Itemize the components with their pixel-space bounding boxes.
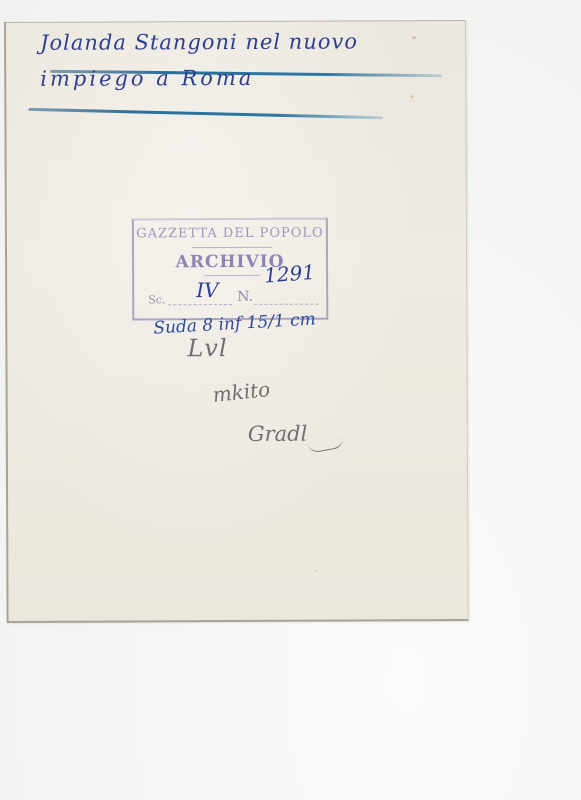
stamp-rule bbox=[204, 275, 260, 276]
stamp-section-value: IV bbox=[196, 278, 218, 302]
caption-line-2: impiego a Roma bbox=[40, 66, 254, 91]
stamp-number-label: N. bbox=[237, 289, 253, 305]
stamp-rule bbox=[192, 247, 272, 248]
stamp-section-field bbox=[168, 304, 232, 305]
caption-underline bbox=[28, 108, 383, 119]
signature-flourish bbox=[307, 436, 344, 453]
stamp-number-value: 1291 bbox=[263, 260, 316, 288]
pencil-mark: Lvl bbox=[187, 334, 227, 362]
stamp-number-field bbox=[254, 304, 318, 305]
stamp-section-label: Sc. bbox=[148, 293, 165, 306]
pencil-signature: Gradl bbox=[248, 422, 308, 446]
paper-stain bbox=[315, 570, 317, 572]
pencil-word: mkito bbox=[211, 377, 271, 407]
paper-stain bbox=[410, 95, 413, 98]
archive-stamp: GAZZETTA DEL POPOLO ARCHIVIO Sc. IV N. 1… bbox=[132, 218, 328, 321]
caption-line-1: Jolanda Stangoni nel nuovo bbox=[40, 29, 358, 54]
stamp-header: GAZZETTA DEL POPOLO bbox=[134, 226, 326, 242]
photo-back-paper: Jolanda Stangoni nel nuovo impiego a Rom… bbox=[4, 20, 469, 623]
paper-stain bbox=[412, 36, 416, 39]
